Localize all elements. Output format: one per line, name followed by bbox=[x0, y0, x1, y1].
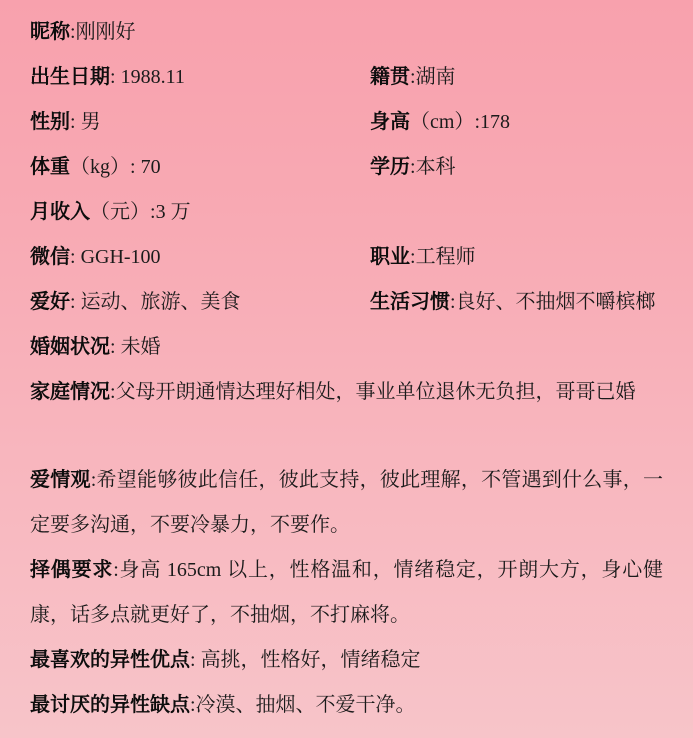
field-label: 最讨厌的异性缺点 bbox=[30, 694, 190, 716]
field-income: 月收入（元）:3 万 bbox=[30, 190, 370, 235]
field-label: 家庭情况 bbox=[30, 381, 110, 403]
field-value: 未婚 bbox=[121, 336, 161, 358]
field-value: GGH-100 bbox=[81, 246, 161, 268]
field-partner-requirements: 择偶要求:身高 165cm 以上，性格温和，情绪稳定，开朗大方，身心健康，话多点… bbox=[30, 548, 663, 638]
field-value: 希望能够彼此信任，彼此支持，彼此理解，不管遇到什么事，一定要多沟通，不要冷暴力，… bbox=[30, 469, 663, 536]
field-value: 工程师 bbox=[416, 246, 476, 268]
field-label: 婚姻状况 bbox=[30, 336, 110, 358]
profile-row: 月收入（元）:3 万 bbox=[30, 190, 663, 235]
profile-row: 性别: 男 身高（cm）:178 bbox=[30, 100, 663, 145]
field-value: 良好、不抽烟不嚼槟榔 bbox=[456, 291, 656, 313]
field-birthdate: 出生日期: 1988.11 bbox=[30, 55, 370, 100]
field-separator: : bbox=[110, 336, 121, 358]
profile-row: 体重（kg）: 70 学历:本科 bbox=[30, 145, 663, 190]
profile-row: 婚姻状况: 未婚 bbox=[30, 325, 663, 370]
field-unit: （kg） bbox=[70, 156, 130, 178]
field-label: 出生日期 bbox=[30, 66, 110, 88]
field-separator: : bbox=[190, 649, 201, 671]
field-label: 最喜欢的异性优点 bbox=[30, 649, 190, 671]
field-empty bbox=[370, 325, 663, 370]
field-label: 籍贯 bbox=[370, 66, 410, 88]
field-label: 身高 bbox=[370, 111, 410, 133]
profile-row: 昵称:刚刚好 bbox=[30, 10, 663, 55]
field-unit: （cm） bbox=[410, 111, 474, 133]
field-favorite-traits: 最喜欢的异性优点: 高挑，性格好，情绪稳定 bbox=[30, 638, 663, 683]
field-label: 择偶要求 bbox=[30, 559, 113, 581]
field-hobbies: 爱好: 运动、旅游、美食 bbox=[30, 280, 370, 325]
field-education: 学历:本科 bbox=[370, 145, 663, 190]
field-love-view: 爱情观:希望能够彼此信任，彼此支持，彼此理解，不管遇到什么事，一定要多沟通，不要… bbox=[30, 458, 663, 548]
field-label: 生活习惯 bbox=[370, 291, 450, 313]
field-label: 性别 bbox=[30, 111, 70, 133]
field-family-situation: 家庭情况:父母开朗通情达理好相处，事业单位退休无负担，哥哥已婚 bbox=[30, 370, 663, 415]
field-label: 职业 bbox=[370, 246, 410, 268]
field-value: 高挑，性格好，情绪稳定 bbox=[201, 649, 421, 671]
field-gender: 性别: 男 bbox=[30, 100, 370, 145]
field-empty bbox=[370, 190, 663, 235]
field-value: 运动、旅游、美食 bbox=[81, 291, 241, 313]
field-nickname: 昵称:刚刚好 bbox=[30, 10, 370, 55]
field-value: 身高 165cm 以上，性格温和，情绪稳定，开朗大方，身心健康，话多点就更好了，… bbox=[30, 559, 663, 626]
field-label: 微信 bbox=[30, 246, 70, 268]
field-value: 本科 bbox=[416, 156, 456, 178]
field-separator: : bbox=[70, 246, 81, 268]
field-unit: （元） bbox=[90, 201, 150, 223]
field-value: 男 bbox=[81, 111, 101, 133]
field-value: 70 bbox=[141, 156, 161, 178]
field-disliked-traits: 最讨厌的异性缺点:冷漠、抽烟、不爱干净。 bbox=[30, 683, 663, 728]
field-height: 身高（cm）:178 bbox=[370, 100, 663, 145]
field-marital-status: 婚姻状况: 未婚 bbox=[30, 325, 370, 370]
field-separator: : bbox=[130, 156, 141, 178]
field-value: 冷漠、抽烟、不爱干净。 bbox=[196, 694, 416, 716]
field-wechat: 微信: GGH-100 bbox=[30, 235, 370, 280]
field-label: 爱好 bbox=[30, 291, 70, 313]
field-label: 学历 bbox=[370, 156, 410, 178]
profile-row: 出生日期: 1988.11 籍贯:湖南 bbox=[30, 55, 663, 100]
field-label: 月收入 bbox=[30, 201, 90, 223]
field-living-habits: 生活习惯:良好、不抽烟不嚼槟榔 bbox=[370, 280, 663, 325]
field-value: 1988.11 bbox=[121, 66, 185, 88]
profile-card: 昵称:刚刚好 出生日期: 1988.11 籍贯:湖南 性别: 男 身高（cm）:… bbox=[0, 0, 693, 738]
field-value: 父母开朗通情达理好相处，事业单位退休无负担，哥哥已婚 bbox=[116, 381, 636, 403]
field-weight: 体重（kg）: 70 bbox=[30, 145, 370, 190]
profile-row: 微信: GGH-100 职业:工程师 bbox=[30, 235, 663, 280]
field-separator: : bbox=[70, 111, 81, 133]
field-value: 178 bbox=[480, 111, 510, 133]
profile-row: 爱好: 运动、旅游、美食 生活习惯:良好、不抽烟不嚼槟榔 bbox=[30, 280, 663, 325]
field-value: 刚刚好 bbox=[76, 21, 136, 43]
field-separator: : bbox=[70, 291, 81, 313]
field-hometown: 籍贯:湖南 bbox=[370, 55, 663, 100]
field-label: 爱情观 bbox=[30, 469, 91, 491]
field-value: 3 万 bbox=[156, 201, 191, 223]
field-separator: : bbox=[110, 66, 121, 88]
field-value: 湖南 bbox=[416, 66, 456, 88]
field-label: 昵称 bbox=[30, 21, 70, 43]
field-label: 体重 bbox=[30, 156, 70, 178]
field-empty bbox=[370, 10, 663, 55]
field-occupation: 职业:工程师 bbox=[370, 235, 663, 280]
